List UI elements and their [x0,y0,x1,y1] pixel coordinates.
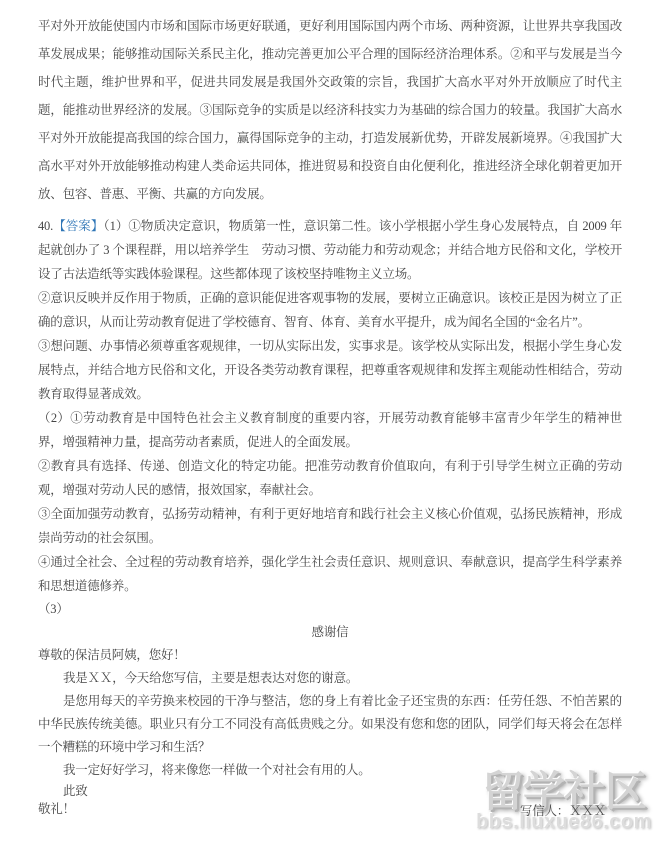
part2-point1-paragraph: （2）①劳动教育是中国特色社会主义教育制度的重要内容，开展劳动教育能够丰富青少年… [38,406,622,454]
part3-label: （3） [38,598,622,621]
letter-title: 感谢信 [38,621,622,644]
question-number: 40. [38,219,53,233]
answer-paragraph-part1: 40.【答案】（1）①物质决定意识，物质第一性，意识第二性。该小学根据小学生身心… [38,214,622,286]
answer-part1-text: （1）①物质决定意识，物质第一性，意识第二性。该小学根据小学生身心发展特点，自 … [38,219,622,281]
part1-point2-paragraph: ②意识反映并反作用于物质，正确的意识能促进客观事物的发展，要树立正确意识。该校正… [38,286,622,334]
letter-closing-cizhi: 此致 [38,782,622,800]
letter-paragraph-1: 我是ＸＸ，今天给您写信，主要是想表达对您的谢意。 [38,667,622,690]
part2-point3-paragraph: ③全面加强劳动教育，弘扬劳动精神，有利于更好地培育和践行社会主义核心价值观，弘扬… [38,502,622,550]
document-content: 平对外开放能使国内市场和国际市场更好联通，更好利用国际国内两个市场、两种资源，让… [0,0,654,818]
letter-paragraph-3: 我一定好好学习，将来像您一样做一个对社会有用的人。 [38,759,622,782]
letter-signature: 写信人：ＸＸＸ [520,801,606,819]
part1-point3-paragraph: ③想问题、办事情必须尊重客观规律，一切从实际出发，实事求是。该学校从实际出发，根… [38,334,622,406]
part2-point2-paragraph: ②教育具有选择、传递、创造文化的特定功能。把准劳动教育价值取向，有利于引导学生树… [38,454,622,502]
letter-paragraph-2: 是您用每天的辛劳换来校园的干净与整洁，您的身上有着比金子还宝贵的东西：任劳任怨、… [38,690,622,759]
answer-label: 【答案】 [53,219,103,233]
part2-point4-paragraph: ④通过全社会、全过程的劳动教育培养，强化学生社会责任意识、规则意识、奉献意识，提… [38,550,622,598]
continuation-paragraph: 平对外开放能使国内市场和国际市场更好联通，更好利用国际国内两个市场、两种资源，让… [38,12,622,208]
letter-salutation: 尊敬的保洁员阿姨，您好！ [38,644,622,667]
document-page: 留学社区 bbs.liuxue86.com 平对外开放能使国内市场和国际市场更好… [0,0,654,849]
